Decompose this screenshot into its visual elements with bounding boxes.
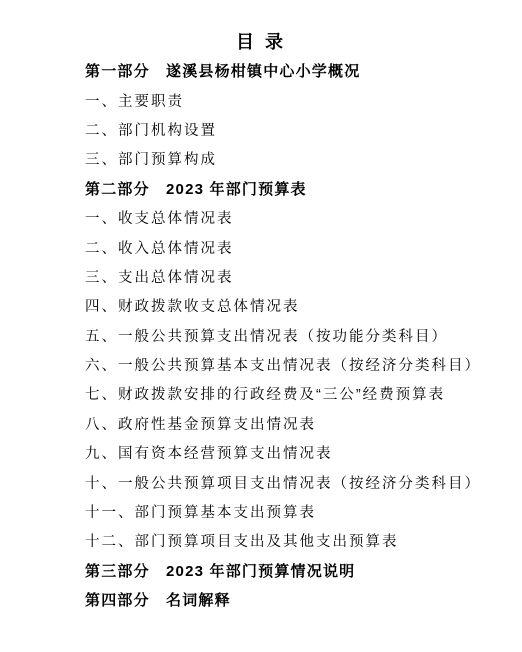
page-title: 目 录 <box>0 31 522 54</box>
toc-item: 四、财政拨款收支总体情况表 <box>85 291 522 320</box>
toc-list: 第一部分 遂溪县杨柑镇中心小学概况一、主要职责二、部门机构设置三、部门预算构成第… <box>0 56 522 614</box>
toc-item: 八、政府性基金预算支出情况表 <box>85 409 522 438</box>
toc-item: 二、部门机构设置 <box>85 115 522 144</box>
toc-section-heading: 第一部分 遂溪县杨柑镇中心小学概况 <box>85 56 522 85</box>
document-page: 目 录 第一部分 遂溪县杨柑镇中心小学概况一、主要职责二、部门机构设置三、部门预… <box>0 0 522 652</box>
toc-section-heading: 第三部分 2023 年部门预算情况说明 <box>85 556 522 585</box>
toc-item: 十二、部门预算项目支出及其他支出预算表 <box>85 526 522 555</box>
toc-item: 一、主要职责 <box>85 85 522 114</box>
toc-item: 三、支出总体情况表 <box>85 262 522 291</box>
toc-item: 九、国有资本经营预算支出情况表 <box>85 438 522 467</box>
toc-item: 三、部门预算构成 <box>85 144 522 173</box>
toc-item: 十一、部门预算基本支出预算表 <box>85 497 522 526</box>
toc-section-heading: 第二部分 2023 年部门预算表 <box>85 174 522 203</box>
toc-item: 十、一般公共预算项目支出情况表（按经济分类科目） <box>85 467 522 496</box>
toc-item: 二、收入总体情况表 <box>85 232 522 261</box>
toc-item: 五、一般公共预算支出情况表（按功能分类科目） <box>85 321 522 350</box>
toc-item: 七、财政拨款安排的行政经费及“三公”经费预算表 <box>85 379 522 408</box>
toc-item: 一、收支总体情况表 <box>85 203 522 232</box>
toc-section-heading: 第四部分 名词解释 <box>85 585 522 614</box>
toc-item: 六、一般公共预算基本支出情况表（按经济分类科目） <box>85 350 522 379</box>
